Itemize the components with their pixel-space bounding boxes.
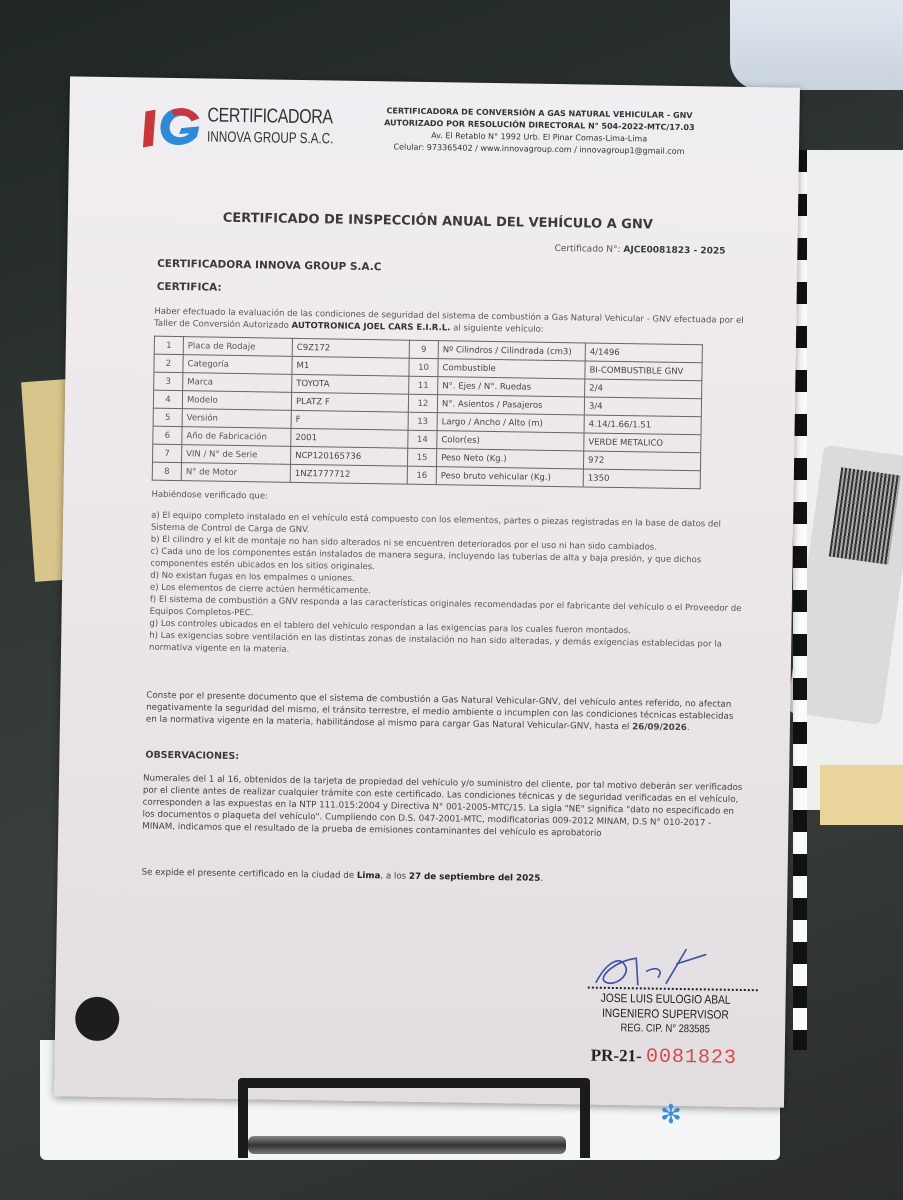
field-value: 2/4 bbox=[585, 379, 702, 399]
conste-paragraph: Conste por el presente documento que el … bbox=[146, 690, 746, 735]
row-number: 12 bbox=[408, 394, 437, 412]
row-number: 1 bbox=[154, 336, 183, 354]
issue-date: 27 de septiembre del 2025 bbox=[409, 872, 540, 884]
row-number: 16 bbox=[407, 466, 436, 484]
row-number: 11 bbox=[409, 376, 438, 394]
valid-until-date: 26/09/2026 bbox=[632, 722, 687, 733]
field-label: Largo / Ancho / Alto (m) bbox=[437, 413, 584, 433]
row-number: 15 bbox=[407, 448, 436, 466]
field-value: F bbox=[291, 410, 408, 430]
verification-list: a) El equipo completo instalado en el ve… bbox=[149, 510, 751, 663]
logo-title: CERTIFICADORA bbox=[207, 104, 333, 129]
field-label: Versión bbox=[182, 409, 291, 429]
clipboard-clip-bar bbox=[248, 1136, 566, 1154]
field-value: 4/1496 bbox=[585, 343, 702, 363]
field-value: 2001 bbox=[291, 428, 408, 448]
field-label: Combustible bbox=[438, 359, 585, 379]
barcode-icon bbox=[829, 467, 901, 564]
field-value: 3/4 bbox=[584, 397, 701, 417]
field-label: N° de Motor bbox=[181, 463, 290, 483]
observations-title: OBSERVACIONES: bbox=[145, 750, 239, 762]
certificate-number: Certificado N°: AJCE0081823 - 2025 bbox=[554, 244, 725, 257]
field-label: Color(es) bbox=[437, 431, 584, 451]
field-label: Año de Fabricación bbox=[182, 427, 291, 447]
field-label: Categoría bbox=[183, 355, 292, 375]
row-number: 9 bbox=[409, 340, 438, 358]
field-value: M1 bbox=[292, 356, 409, 376]
signatory-role: INGENIERO SUPERVISOR bbox=[580, 1005, 750, 1023]
field-value: 972 bbox=[583, 451, 700, 471]
field-value: NCP120165736 bbox=[290, 446, 407, 466]
row-number: 7 bbox=[153, 444, 182, 462]
certificate-number-label: Certificado N°: bbox=[554, 244, 620, 255]
row-number: 8 bbox=[152, 462, 181, 480]
row-number: 6 bbox=[153, 426, 182, 444]
serial-number: PR-21- 0081823 bbox=[591, 1045, 738, 1070]
row-number: 14 bbox=[408, 430, 437, 448]
intro-paragraph: Haber efectuado la evaluación de las con… bbox=[154, 306, 744, 339]
field-value: C9Z172 bbox=[292, 338, 409, 358]
serial-prefix: PR-21- bbox=[591, 1046, 642, 1066]
field-value: VERDE METALICO bbox=[584, 433, 701, 453]
conste-end: . bbox=[687, 723, 690, 733]
issue-text-mid: , a los bbox=[380, 871, 409, 881]
field-value: PLATZ F bbox=[291, 392, 408, 412]
issue-city: Lima bbox=[357, 871, 381, 881]
row-number: 3 bbox=[154, 372, 183, 390]
field-value: 1350 bbox=[583, 469, 700, 489]
field-value: BI-COMBUSTIBLE GNV bbox=[585, 361, 702, 381]
row-number: 10 bbox=[409, 358, 438, 376]
serial-value: 0081823 bbox=[646, 1045, 737, 1069]
verification-heading: Habiéndose verificado que: bbox=[151, 490, 268, 502]
certificate-number-value: AJCE0081823 - 2025 bbox=[623, 245, 725, 257]
field-label: Peso bruto vehicular (Kg.) bbox=[436, 467, 583, 487]
logo-subtitle: INNOVA GROUP S.A.C. bbox=[207, 128, 334, 147]
background-paper-roll bbox=[730, 0, 903, 90]
issue-statement: Se expide el presente certificado en la … bbox=[141, 868, 543, 884]
issue-text: Se expide el presente certificado en la … bbox=[141, 868, 357, 881]
flower-logo-icon: ✻ bbox=[660, 1100, 682, 1130]
company-name: CERTIFICADORA INNOVA GROUP S.A.C bbox=[157, 258, 382, 274]
ig-logo-icon bbox=[141, 103, 204, 150]
certifica-heading: CERTIFICA: bbox=[157, 281, 222, 294]
row-number: 13 bbox=[408, 412, 437, 430]
workshop-name: AUTOTRONICA JOEL CARS E.I.R.L. bbox=[291, 321, 450, 333]
issue-end: . bbox=[540, 874, 543, 884]
field-label: Modelo bbox=[182, 391, 291, 411]
field-label: VIN / N° de Serie bbox=[182, 445, 291, 465]
document-title: CERTIFICADO DE INSPECCIÓN ANUAL DEL VEHÍ… bbox=[178, 210, 698, 233]
field-label: Marca bbox=[183, 373, 292, 393]
certificate-document: CERTIFICADORA INNOVA GROUP S.A.C. CERTIF… bbox=[54, 76, 800, 1107]
background-yellow-paper bbox=[820, 765, 903, 825]
field-label: N°. Ejes / N°. Ruedas bbox=[438, 377, 585, 397]
field-value: TOYOTA bbox=[292, 374, 409, 394]
signatory-stamp: JOSE LUIS EULOGIO ABAL INGENIERO SUPERVI… bbox=[580, 990, 751, 1038]
header-info: CERTIFICADORA DE CONVERSIÓN A GAS NATURA… bbox=[359, 105, 720, 159]
row-number: 2 bbox=[154, 354, 183, 372]
vehicle-table: 1Placa de RodajeC9Z1729Nº Cilindros / Ci… bbox=[152, 336, 703, 490]
company-logo: CERTIFICADORA INNOVA GROUP S.A.C. bbox=[141, 101, 322, 154]
field-label: Nº Cilindros / Cilindrada (cm3) bbox=[438, 341, 585, 361]
intro-text-end: al siguiente vehículo: bbox=[450, 323, 543, 334]
field-label: Peso Neto (Kg.) bbox=[436, 449, 583, 469]
signatory-registration: REG. CIP. N° 283585 bbox=[580, 1020, 750, 1038]
field-label: N°. Asientos / Pasajeros bbox=[437, 395, 584, 415]
field-value: 1NZ1777712 bbox=[290, 464, 407, 484]
row-number: 5 bbox=[153, 408, 182, 426]
field-value: 4.14/1.66/1.51 bbox=[584, 415, 701, 435]
row-number: 4 bbox=[153, 390, 182, 408]
field-label: Placa de Rodaje bbox=[183, 337, 292, 357]
observations-text: Numerales del 1 al 16, obtenidos de la t… bbox=[142, 773, 743, 842]
